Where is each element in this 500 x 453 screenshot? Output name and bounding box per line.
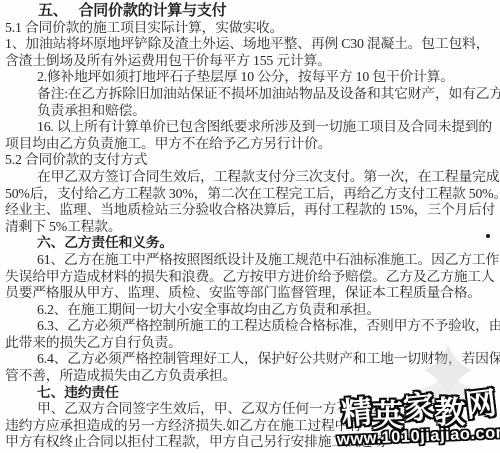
watermark-char: 家: [401, 381, 437, 429]
document-line: 1、加油站将坏原地坪铲除及渣土外运、场地平整、再例 C30 混凝土。包工包料，: [5, 36, 500, 53]
document-line: 16. 以上所有计算单价已包含图纸要求所涉及到一切施工项目及合同未提到的: [5, 119, 500, 136]
document-line: 项目均由乙方负责施工。甲方不在给予乙方另行计价。: [5, 136, 500, 153]
document-line: 2.修补地坪如须打地坪石子垫层厚 10 公分，按每平方 10 包干价计算。: [5, 69, 500, 86]
watermark-site-name: 精英家教网: [340, 378, 496, 428]
document-line: 六、乙方责任和义务。: [5, 235, 500, 252]
document-line: 5.2 合同价款的支付方式: [5, 152, 500, 169]
document-line: 失误给甲方造成材料的损失和浪费。乙方按甲方进价给予赔偿。乙方及乙方施工人: [5, 269, 500, 286]
document-line: 50%后，支付给乙方工程款 30%，第二次在工程完工后，再给乙方支付工程款 50…: [5, 186, 500, 203]
document-line: 负责承担和赔偿。: [5, 103, 500, 120]
watermark-char: 精: [339, 386, 374, 434]
document-title-line: 五、 合同价款的计算与支付: [5, 3, 500, 20]
stray-scan-dot: [486, 234, 490, 238]
document-line: 员要严格服从甲方、监理、质检、安监等部门监督管理，保证本工程质量合格。: [5, 285, 500, 302]
document-line: 清剩下 5%工程款。: [5, 219, 500, 236]
document-line: 含渣土倒场及所有外运费用包干价每平方 155 元计算。: [5, 53, 500, 70]
document-line: 经业主、监理、当地质检站三分验收合格决算后，再付工程款的 15%，三个月后付: [5, 202, 500, 219]
document-line: 5.1 合同价款的施工项目实际计算，实做实收。: [5, 20, 500, 37]
document-line: 备注:在乙方拆除旧加油站保证不损坏加油站物品及设备和其它财产，如有乙方: [5, 86, 500, 103]
document-page: 五、 合同价款的计算与支付5.1 合同价款的施工项目实际计算，实做实收。1、加油…: [0, 0, 500, 453]
document-line: 6.2、在施工期间一切大小安全事故均由乙方负责和承担。: [5, 302, 500, 319]
watermark-char: 网: [462, 377, 498, 425]
document-line: 61、乙方在施工中严格按照图纸设计及施工规范中石油标准施工。因乙方工作: [5, 252, 500, 269]
document-line: 6.3、乙方必须严格控制所施工的工程达质检合格标准，否则甲方不予验收，由: [5, 318, 500, 335]
document-line: 在甲乙双方签订合同生效后，工程款支付分三次支付。第一次，在工程量完成: [5, 169, 500, 186]
